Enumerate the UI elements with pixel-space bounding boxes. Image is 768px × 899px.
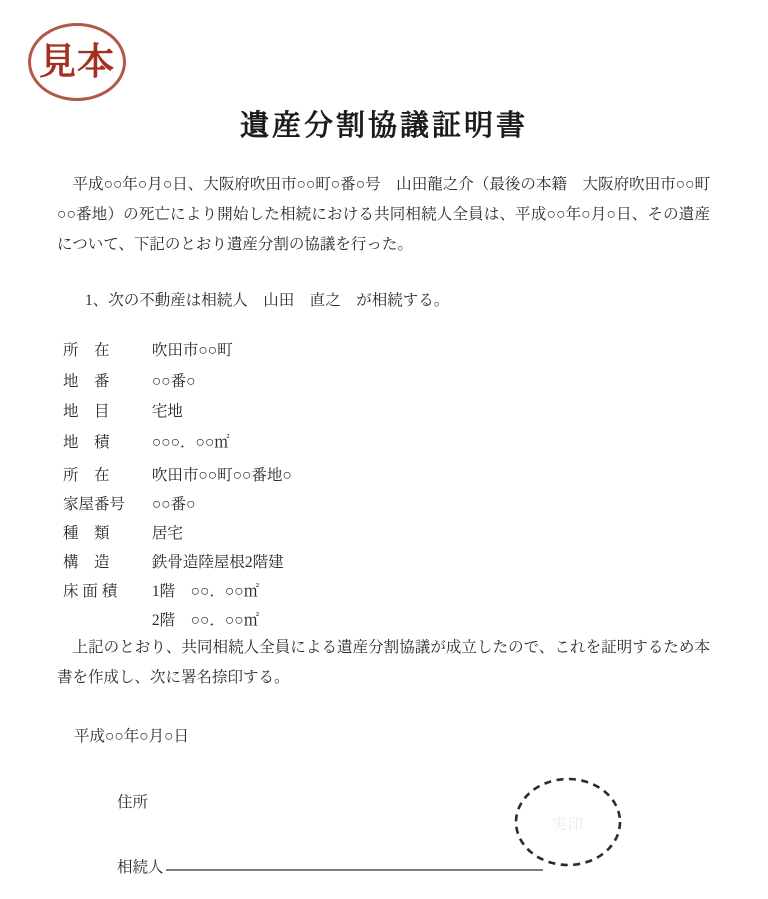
property-label: 所 在 [63, 461, 129, 490]
property-row: 所 在 吹田市○○町 [63, 336, 233, 367]
land-property-block: 所 在 吹田市○○町 地 番 ○○番○ 地 目 宅地 地 積 ○○○．○○㎡ [63, 336, 233, 458]
property-row: 2階 ○○．○○㎡ [63, 606, 292, 635]
seal-placeholder-circle: 実印 [512, 776, 624, 870]
property-label: 所 在 [63, 336, 129, 367]
property-label: 構 造 [63, 548, 129, 577]
property-row: 床 面 積 1階 ○○．○○㎡ [63, 577, 292, 606]
property-label: 種 類 [63, 519, 129, 548]
building-property-block: 所 在 吹田市○○町○○番地○ 家屋番号 ○○番○ 種 類 居宅 構 造 鉄骨造… [63, 461, 292, 635]
property-value: 吹田市○○町 [152, 336, 233, 367]
property-value: ○○番○ [152, 490, 196, 519]
property-label: 家屋番号 [63, 490, 129, 519]
property-value: 居宅 [152, 519, 183, 548]
property-value: 2階 ○○．○○㎡ [152, 606, 259, 635]
property-row: 家屋番号 ○○番○ [63, 490, 292, 519]
property-row: 構 造 鉄骨造陸屋根2階建 [63, 548, 292, 577]
property-label: 地 番 [63, 367, 129, 398]
property-value: ○○○．○○㎡ [152, 428, 230, 459]
address-label: 住所 [117, 790, 148, 812]
property-label: 地 積 [63, 428, 129, 459]
document-title: 遺産分割協議証明書 [0, 103, 768, 144]
date-line: 平成○○年○月○日 [74, 722, 189, 752]
property-value: 宅地 [152, 397, 183, 428]
property-row: 地 目 宅地 [63, 397, 233, 428]
property-value: 1階 ○○．○○㎡ [152, 577, 259, 606]
property-value: ○○番○ [152, 367, 196, 398]
seal-label: 実印 [512, 776, 624, 870]
closing-paragraph: 上記のとおり、共同相続人全員による遺産分割協議が成立したので、これを証明するため… [57, 633, 710, 693]
property-row: 種 類 居宅 [63, 519, 292, 548]
property-row: 地 積 ○○○．○○㎡ [63, 428, 233, 459]
mihon-sample-stamp: 見本 [28, 23, 126, 101]
property-value: 鉄骨造陸屋根2階建 [152, 548, 284, 577]
intro-paragraph: 平成○○年○月○日、大阪府吹田市○○町○番○号 山田龍之介（最後の本籍 大阪府吹… [57, 170, 710, 260]
property-row: 地 番 ○○番○ [63, 367, 233, 398]
property-row: 所 在 吹田市○○町○○番地○ [63, 461, 292, 490]
clause-1: 1、次の不動産は相続人 山田 直之 が相続する。 [85, 286, 705, 316]
property-label: 地 目 [63, 397, 129, 428]
stamp-label: 見本 [39, 44, 115, 81]
document-page: 見本 遺産分割協議証明書 平成○○年○月○日、大阪府吹田市○○町○番○号 山田龍… [0, 0, 768, 899]
heir-label: 相続人 [117, 855, 164, 877]
signature-line [166, 869, 543, 871]
property-label: 床 面 積 [63, 577, 129, 606]
property-value: 吹田市○○町○○番地○ [152, 461, 292, 490]
